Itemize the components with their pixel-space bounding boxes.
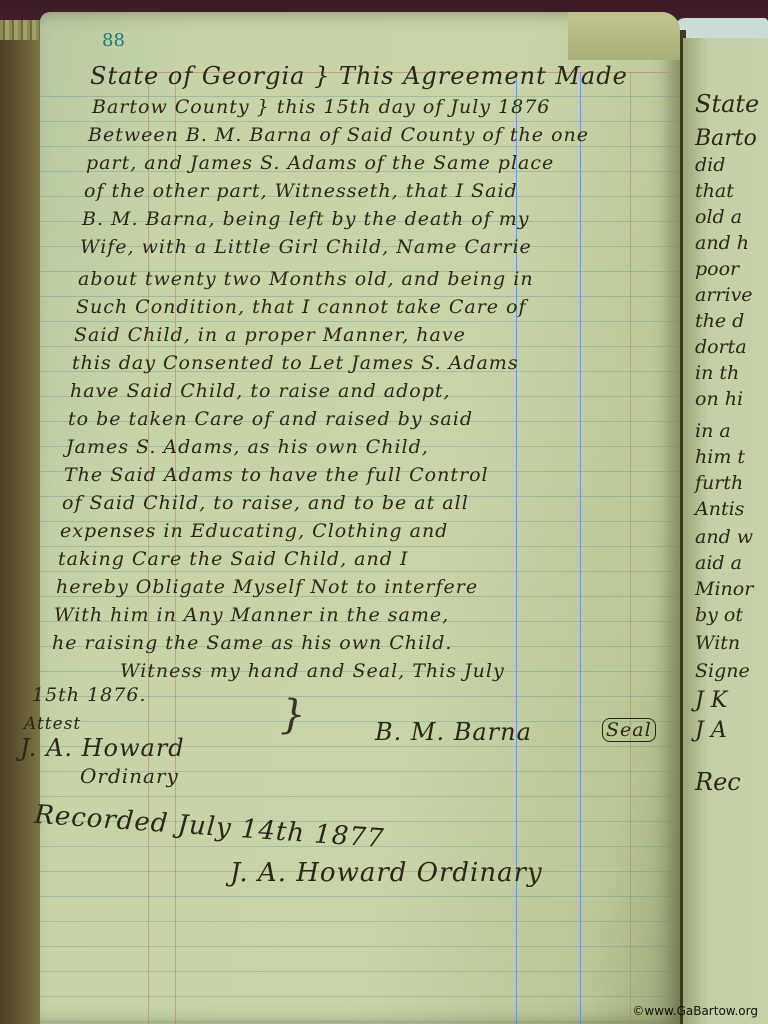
right-line: Witn xyxy=(695,632,740,654)
attest-title: Ordinary xyxy=(80,764,179,788)
margin-line xyxy=(630,72,631,1024)
right-page: State Barto did that old a and h poor ar… xyxy=(683,38,768,1024)
right-line: Signe xyxy=(695,660,750,682)
right-line: furth xyxy=(695,472,743,494)
handwritten-line: The Said Adams to have the full Control xyxy=(64,464,489,486)
handwritten-line: hereby Obligate Myself Not to interfere xyxy=(56,576,478,598)
brace-scroll: } xyxy=(280,692,306,738)
handwritten-line: about twenty two Months old, and being i… xyxy=(78,268,534,290)
attest-name: J. A. Howard xyxy=(20,734,185,762)
right-line: dorta xyxy=(695,336,747,358)
right-line: Rec xyxy=(695,768,741,796)
handwritten-line: 15th 1876. xyxy=(32,684,146,706)
right-line: State xyxy=(695,90,759,118)
right-line: him t xyxy=(695,446,745,468)
handwritten-line: Between B. M. Barna of Said County of th… xyxy=(88,124,589,146)
handwritten-line: of the other part, Witnesseth, that I Sa… xyxy=(84,180,518,202)
recorded-by: J. A. Howard Ordinary xyxy=(230,858,543,888)
handwritten-line: Bartow County } this 15th day of July 18… xyxy=(92,96,550,118)
handwritten-line: State of Georgia } This Agreement Made xyxy=(90,62,628,90)
right-line: and w xyxy=(695,526,753,548)
right-line: J K xyxy=(695,688,727,713)
handwritten-line: expenses in Educating, Clothing and xyxy=(60,520,448,542)
handwritten-line: Such Condition, that I cannot take Care … xyxy=(76,296,527,318)
handwritten-line: to be taken Care of and raised by said xyxy=(68,408,473,430)
handwritten-line: Wife, with a Little Girl Child, Name Car… xyxy=(80,236,532,258)
right-line: on hi xyxy=(695,388,743,410)
right-line: the d xyxy=(695,310,744,332)
right-line: and h xyxy=(695,232,749,254)
cloth-fragment xyxy=(675,18,768,40)
handwritten-line: Said Child, in a proper Manner, have xyxy=(74,324,466,346)
ledger-photo: 88 State of Georgia } This Agreement Mad… xyxy=(0,0,768,1024)
seal-mark: Seal xyxy=(602,718,656,742)
right-line: in th xyxy=(695,362,739,384)
right-line: poor xyxy=(695,258,739,280)
right-line: Barto xyxy=(695,126,757,151)
attest-label: Attest xyxy=(24,714,81,734)
right-line: did xyxy=(695,154,725,176)
handwritten-line: Witness my hand and Seal, This July xyxy=(120,660,505,682)
handwritten-line: part, and James S. Adams of the Same pla… xyxy=(86,152,554,174)
right-line: Minor xyxy=(695,578,753,600)
handwritten-line: taking Care the Said Child, and I xyxy=(58,548,408,570)
handwritten-line: this day Consented to Let James S. Adams xyxy=(72,352,519,374)
handwritten-line: James S. Adams, as his own Child, xyxy=(66,436,429,458)
handwritten-line: With him in Any Manner in the same, xyxy=(54,604,449,626)
signature: B. M. Barna xyxy=(375,718,532,746)
right-line: old a xyxy=(695,206,742,228)
handwritten-line: have Said Child, to raise and adopt, xyxy=(70,380,451,402)
right-line: J A xyxy=(695,718,727,743)
page-number: 88 xyxy=(102,30,125,51)
watermark: ©www.GaBartow.org xyxy=(632,1004,758,1018)
left-page: 88 State of Georgia } This Agreement Mad… xyxy=(40,12,680,1024)
right-line: aid a xyxy=(695,552,742,574)
book-binding xyxy=(0,40,40,1024)
page-curl xyxy=(568,12,680,60)
right-line: arrive xyxy=(695,284,753,306)
handwritten-line: B. M. Barna, being left by the death of … xyxy=(82,208,530,230)
right-line: Antis xyxy=(695,498,744,520)
right-line: that xyxy=(695,180,734,202)
column-line xyxy=(580,72,581,1024)
right-line: by ot xyxy=(695,604,743,626)
handwritten-line: he raising the Same as his own Child. xyxy=(52,632,452,654)
handwritten-line: of Said Child, to raise, and to be at al… xyxy=(62,492,469,514)
right-line: in a xyxy=(695,420,731,442)
